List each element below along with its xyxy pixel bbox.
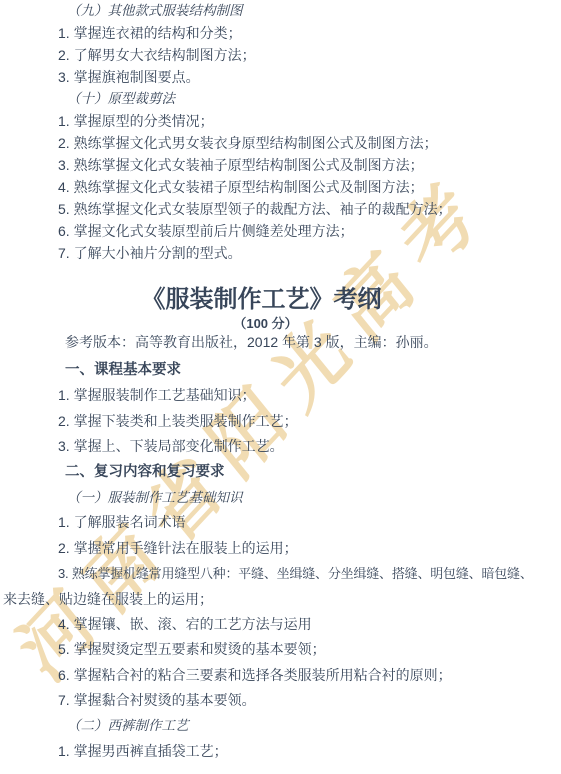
list-item: 2. 掌握常用手缝针法在服装上的运用； <box>0 536 561 561</box>
list-item: 4. 熟练掌握文化式女装裙子原型结构制图公式及制图方法； <box>0 176 561 198</box>
list-item: 1. 掌握原型的分类情况； <box>0 110 561 132</box>
section-heading: 二、复习内容和复习要求 <box>0 460 561 485</box>
list-item: 5. 掌握熨烫定型五要素和熨烫的基本要领； <box>0 637 561 662</box>
list-item: 3. 熟练掌握文化式女装袖子原型结构制图公式及制图方法； <box>0 154 561 176</box>
list-item: 7. 掌握黏合衬熨烫的基本要领。 <box>0 688 561 713</box>
section-structure-drawing: （九）其他款式服装结构制图 1. 掌握连衣裙的结构和分类； 2. 了解男女大衣结… <box>0 0 561 264</box>
list-item: 2. 了解男女大衣结构制图方法； <box>0 44 561 66</box>
sub-heading: （九）其他款式服装结构制图 <box>0 0 561 22</box>
list-item: 1. 掌握服装制作工艺基础知识； <box>0 383 561 408</box>
list-item: 7. 了解大小袖片分割的型式。 <box>0 242 561 264</box>
list-item: 2. 熟练掌握文化式男女装衣身原型结构制图公式及制图方法； <box>0 132 561 154</box>
list-item: 5. 熟练掌握文化式女装原型领子的裁配方法、袖子的裁配方法； <box>0 198 561 220</box>
list-item: 1. 掌握男西裤直插袋工艺； <box>0 739 561 764</box>
list-item: 3. 掌握旗袍制图要点。 <box>0 66 561 88</box>
list-item: 6. 掌握粘合衬的粘合三要素和选择各类服装所用粘合衬的原则； <box>0 663 561 688</box>
list-item: 1. 了解服装名词术语 <box>0 510 561 535</box>
list-item-continuation: 来去缝、贴边缝在服装上的运用； <box>0 587 561 612</box>
sub-heading: （十）原型裁剪法 <box>0 88 561 110</box>
sub-heading: （二）西裤制作工艺 <box>0 713 561 738</box>
document-page: 河南省阳光高考 （九）其他款式服装结构制图 1. 掌握连衣裙的结构和分类； 2.… <box>0 0 561 774</box>
list-item: 4. 掌握镶、嵌、滚、宕的工艺方法与运用 <box>0 612 561 637</box>
page-title: 《服装制作工艺》考纲 <box>0 286 542 314</box>
section-heading: 一、课程基本要求 <box>0 358 561 383</box>
sub-heading: （一）服装制作工艺基础知识 <box>0 485 561 510</box>
reference-edition-line: 参考版本：高等教育出版社，2012 年第 3 版，主编：孙丽。 <box>0 334 561 351</box>
list-item: 3. 熟练掌握机缝常用缝型八种：平缝、坐缉缝、分坐缉缝、搭缝、明包缝、暗包缝、 <box>0 561 561 586</box>
list-item: 6. 掌握文化式女装原型前后片侧缝差处理方法； <box>0 220 561 242</box>
score-subtitle: （100 分） <box>0 316 546 332</box>
document-content: （九）其他款式服装结构制图 1. 掌握连衣裙的结构和分类； 2. 了解男女大衣结… <box>0 0 561 774</box>
list-item: 3. 掌握上、下装局部变化制作工艺。 <box>0 434 561 459</box>
list-item: 2. 掌握下装类和上装类服装制作工艺； <box>0 409 561 434</box>
list-item: 1. 掌握连衣裙的结构和分类； <box>0 22 561 44</box>
section-garment-making: 一、课程基本要求 1. 掌握服装制作工艺基础知识； 2. 掌握下装类和上装类服装… <box>0 358 561 764</box>
